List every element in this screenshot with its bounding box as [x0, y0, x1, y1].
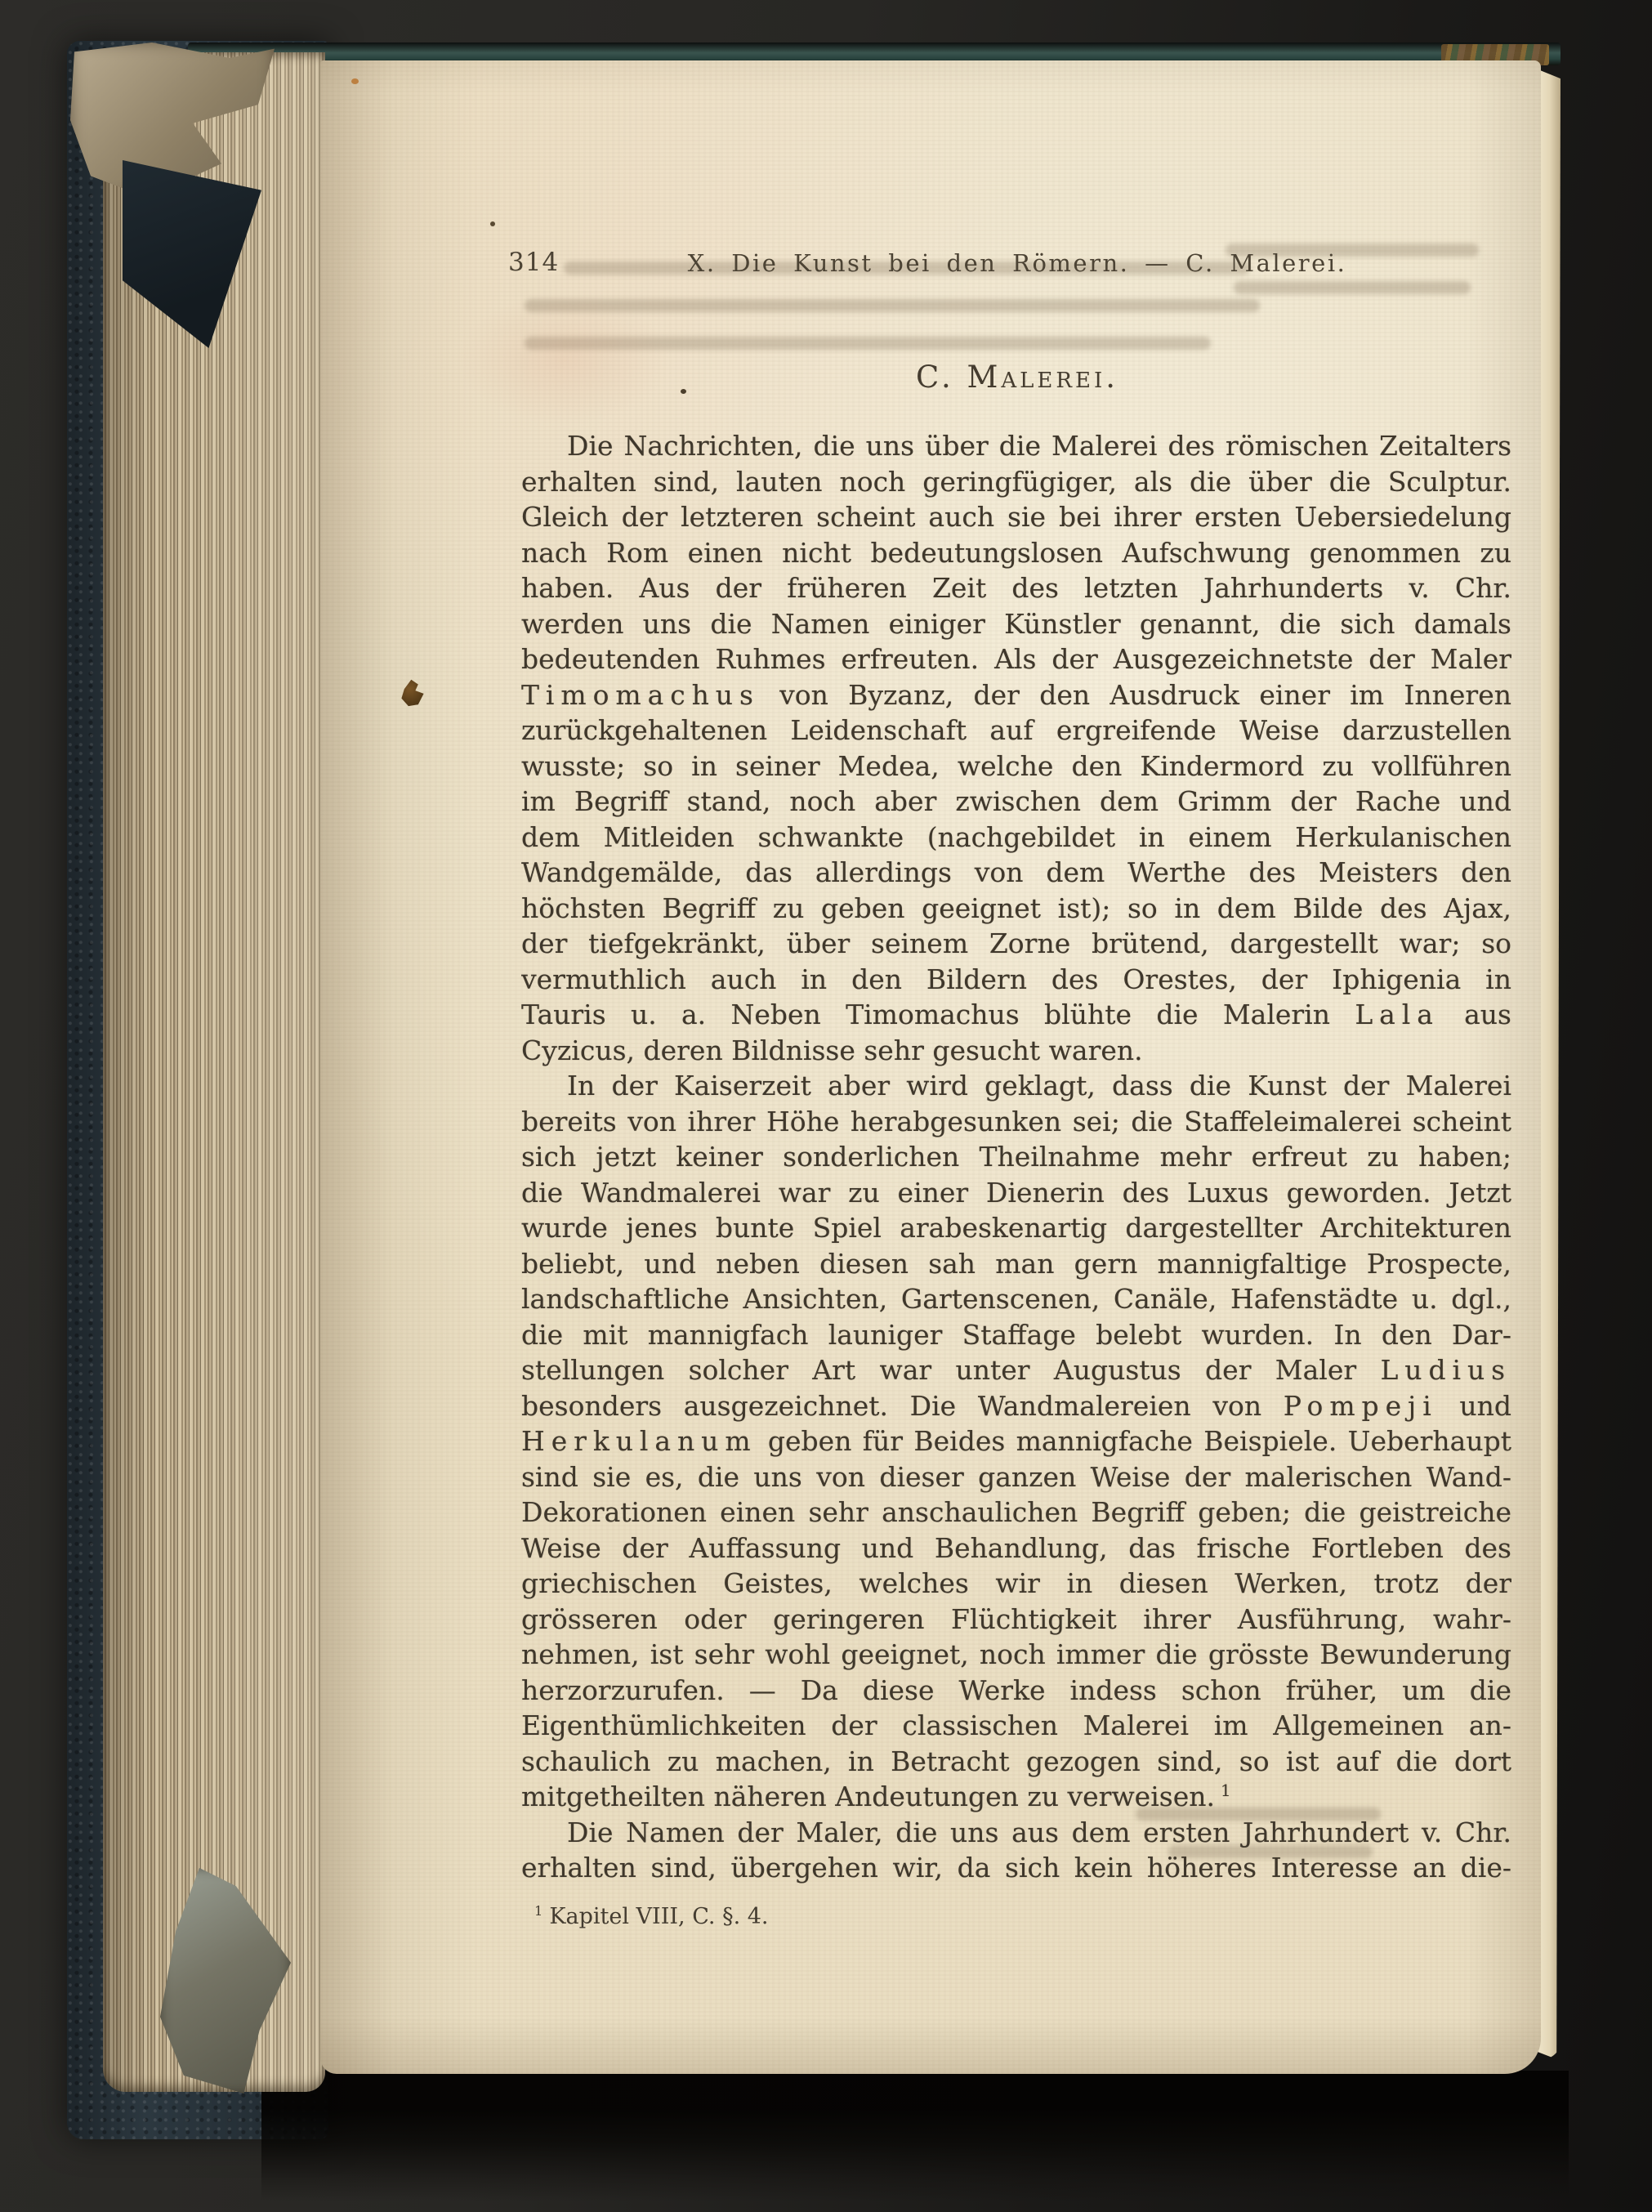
- text-line: nach Rom einen nicht bedeutungslosen Auf…: [521, 535, 1511, 571]
- text-line: Gleich der letzteren scheint auch sie be…: [521, 499, 1511, 535]
- text-line: vermuthlich auch in den Bildern des Ores…: [521, 962, 1511, 998]
- running-header: X. Die Kunst bei den Römern. — C. Malere…: [523, 249, 1511, 277]
- text-line: die Wandmalerei war zu einer Dienerin de…: [521, 1175, 1511, 1211]
- printed-text-layer: 314 X. Die Kunst bei den Römern. — C. Ma…: [0, 0, 1652, 2212]
- text-line: Die Namen der Maler, die uns aus dem ers…: [521, 1815, 1511, 1851]
- text-line: stellungen solcher Art war unter Augustu…: [521, 1352, 1511, 1388]
- text-line: Weise der Auffassung und Behandlung, das…: [521, 1531, 1511, 1566]
- text-line: erhalten sind, lauten noch geringfügiger…: [521, 464, 1511, 500]
- text-line: werden uns die Namen einiger Künstler ge…: [521, 606, 1511, 642]
- text-line: schaulich zu machen, in Betracht gezogen…: [521, 1744, 1511, 1780]
- footnote: 1Kapitel VIII, C. §. 4.: [534, 1904, 1498, 1929]
- text-line: der tiefgekränkt, über seinem Zorne brüt…: [521, 926, 1511, 962]
- footnote-marker: 1: [534, 1903, 542, 1919]
- section-heading: C. Malerei.: [523, 360, 1511, 395]
- text-line: im Begriff stand, noch aber zwischen dem…: [521, 784, 1511, 820]
- text-line: landschaftliche Ansichten, Gartenscenen,…: [521, 1281, 1511, 1317]
- text-line: wurde jenes bunte Spiel arabeskenartig d…: [521, 1210, 1511, 1246]
- text-line: grösseren oder geringeren Flüchtigkeit i…: [521, 1602, 1511, 1638]
- body-text: Die Nachrichten, die uns über die Malere…: [521, 428, 1511, 1886]
- text-line: Die Nachrichten, die uns über die Malere…: [521, 428, 1511, 464]
- text-line: beliebt, und neben diesen sah man gern m…: [521, 1246, 1511, 1282]
- text-line: Eigenthümlichkeiten der classischen Male…: [521, 1708, 1511, 1744]
- text-line: Wandgemälde, das allerdings von dem Wert…: [521, 855, 1511, 891]
- text-line: herzorzurufen. — Da diese Werke indess s…: [521, 1673, 1511, 1709]
- text-line: die mit mannigfach launiger Staffage bel…: [521, 1317, 1511, 1353]
- text-line: erhalten sind, übergehen wir, da sich ke…: [521, 1850, 1511, 1886]
- text-line: dem Mitleiden schwankte (nachgebildet in…: [521, 820, 1511, 856]
- text-line: sind sie es, die uns von dieser ganzen W…: [521, 1459, 1511, 1495]
- text-line: höchsten Begriff zu geben geeignet ist);…: [521, 891, 1511, 927]
- text-line: bereits von ihrer Höhe herabgesunken sei…: [521, 1104, 1511, 1140]
- text-line: mitgetheilten näheren Andeutungen zu ver…: [521, 1779, 1511, 1815]
- text-line: haben. Aus der früheren Zeit des letzten…: [521, 570, 1511, 606]
- text-line: Cyzicus, deren Bildnisse sehr gesucht wa…: [521, 1033, 1511, 1069]
- text-line: Timomachus von Byzanz, der den Ausdruck …: [521, 677, 1511, 713]
- text-line: Tauris u. a. Neben Timomachus blühte die…: [521, 997, 1511, 1033]
- text-line: bedeutenden Ruhmes erfreuten. Als der Au…: [521, 641, 1511, 677]
- text-line: besonders ausgezeichnet. Die Wandmalerei…: [521, 1388, 1511, 1424]
- text-line: sich jetzt keiner sonderlichen Theilnahm…: [521, 1139, 1511, 1175]
- text-line: In der Kaiserzeit aber wird geklagt, das…: [521, 1068, 1511, 1104]
- footnote-text: Kapitel VIII, C. §. 4.: [549, 1904, 768, 1929]
- text-line: zurückgehaltenen Leidenschaft auf ergrei…: [521, 713, 1511, 749]
- scanned-book-page-photo: 314 X. Die Kunst bei den Römern. — C. Ma…: [0, 0, 1652, 2212]
- text-line: griechischen Geistes, welches wir in die…: [521, 1566, 1511, 1602]
- text-line: Herkulanum geben für Beides mannigfache …: [521, 1423, 1511, 1459]
- text-line: wusste; so in seiner Medea, welche den K…: [521, 749, 1511, 784]
- text-line: nehmen, ist sehr wohl geeignet, noch imm…: [521, 1637, 1511, 1673]
- text-line: Dekorationen einen sehr anschaulichen Be…: [521, 1495, 1511, 1531]
